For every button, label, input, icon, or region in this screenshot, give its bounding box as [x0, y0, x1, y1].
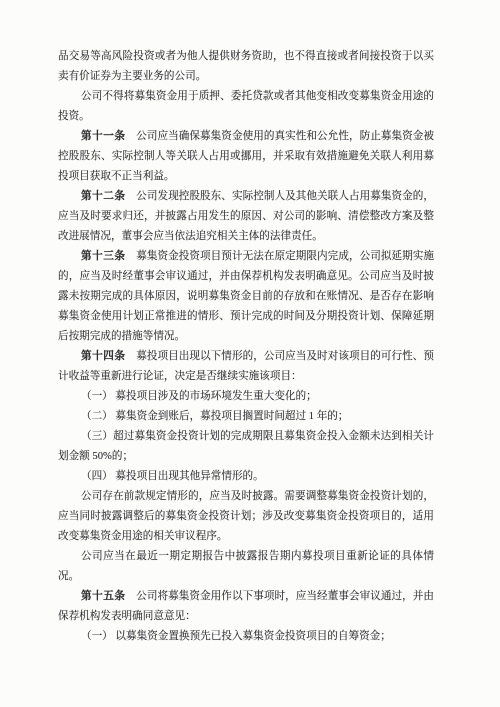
document-line: 公司应当在最近一期定期报告中披露报告期内募投项目重新论证的具体情 [58, 547, 434, 567]
document-line: 应当同时披露调整后的募集资金投资计划；涉及改变募集资金投资项目的，适用 [58, 507, 434, 527]
document-line: 第十三条 募集资金投资项目预计无法在原定期限内完成，公司拟延期实施 [58, 247, 434, 267]
document-line: 后按期完成的措施等情况。 [58, 327, 434, 347]
document-line: 第十二条 公司发现控股股东、实际控制人及其他关联人占用募集资金的， [58, 187, 434, 207]
document-line: 卖有价证券为主要业务的公司。 [58, 67, 434, 87]
document-content: 品交易等高风险投资或者为他人提供财务资助，也不得直接或者间接投资于以买卖有价证券… [58, 47, 434, 647]
document-line: 公司不得将募集资金用于质押、委托贷款或者其他变相改变募集资金用途的 [58, 87, 434, 107]
document-line: 露未按期完成的具体原因，说明募集资金目前的存放和在账情况、是否存在影响 [58, 287, 434, 307]
scanned-document-page: 品交易等高风险投资或者为他人提供财务资助，也不得直接或者间接投资于以买卖有价证券… [0, 0, 500, 707]
document-line: 的，应当及时经董事会审议通过，并由保荐机构发表明确意见。公司应当及时披 [58, 267, 434, 287]
document-line: 况。 [58, 567, 434, 587]
document-line: 第十四条 募投项目出现以下情形的，公司应当及时对该项目的可行性、预 [58, 347, 434, 367]
article-number: 第十五条 [81, 591, 126, 602]
article-number: 第十一条 [81, 131, 126, 142]
document-line: 改进展情况，董事会应当依法追究相关主体的法律责任。 [58, 227, 434, 247]
article-number: 第十二条 [81, 191, 126, 202]
document-line: 改变募集资金用途的相关审议程序。 [58, 527, 434, 547]
document-line: 第十五条 公司将募集资金用作以下事项时，应当经董事会审议通过，并由 [58, 587, 434, 607]
document-line: 投项目获取不正当利益。 [58, 167, 434, 187]
document-line: （四） 募投项目出现其他异常情形的。 [58, 467, 434, 487]
document-line: 控股股东、实际控制人等关联人占用或挪用，并采取有效措施避免关联人利用募 [58, 147, 434, 167]
article-number: 第十四条 [81, 351, 126, 362]
document-line: 保荐机构发表明确同意意见： [58, 607, 434, 627]
document-line: （一） 以募集资金置换预先已投入募集资金投资项目的自筹资金； [58, 627, 434, 647]
document-line: （一） 募投项目涉及的市场环境发生重大变化的； [58, 387, 434, 407]
document-line: 第十一条 公司应当确保募集资金使用的真实性和公允性，防止募集资金被 [58, 127, 434, 147]
document-line: 募集资金使用计划正常推进的情形、预计完成的时间及分期投资计划、保障延期 [58, 307, 434, 327]
document-line: 公司存在前款规定情形的，应当及时披露。需要调整募集资金投资计划的， [58, 487, 434, 507]
document-line: （三）超过募集资金投资计划的完成期限且募集资金投入金额未达到相关计 [58, 427, 434, 447]
document-line: 计收益等重新进行论证，决定是否继续实施该项目： [58, 367, 434, 387]
document-line: 应当及时要求归还，并披露占用发生的原因、对公司的影响、清偿整改方案及整 [58, 207, 434, 227]
document-line: 品交易等高风险投资或者为他人提供财务资助，也不得直接或者间接投资于以买 [58, 47, 434, 67]
document-line: 划金额 50%的； [58, 447, 434, 467]
article-number: 第十三条 [81, 251, 126, 262]
document-line: （二） 募集资金到账后，募投项目搁置时间超过 1 年的； [58, 407, 434, 427]
document-line: 投资。 [58, 107, 434, 127]
